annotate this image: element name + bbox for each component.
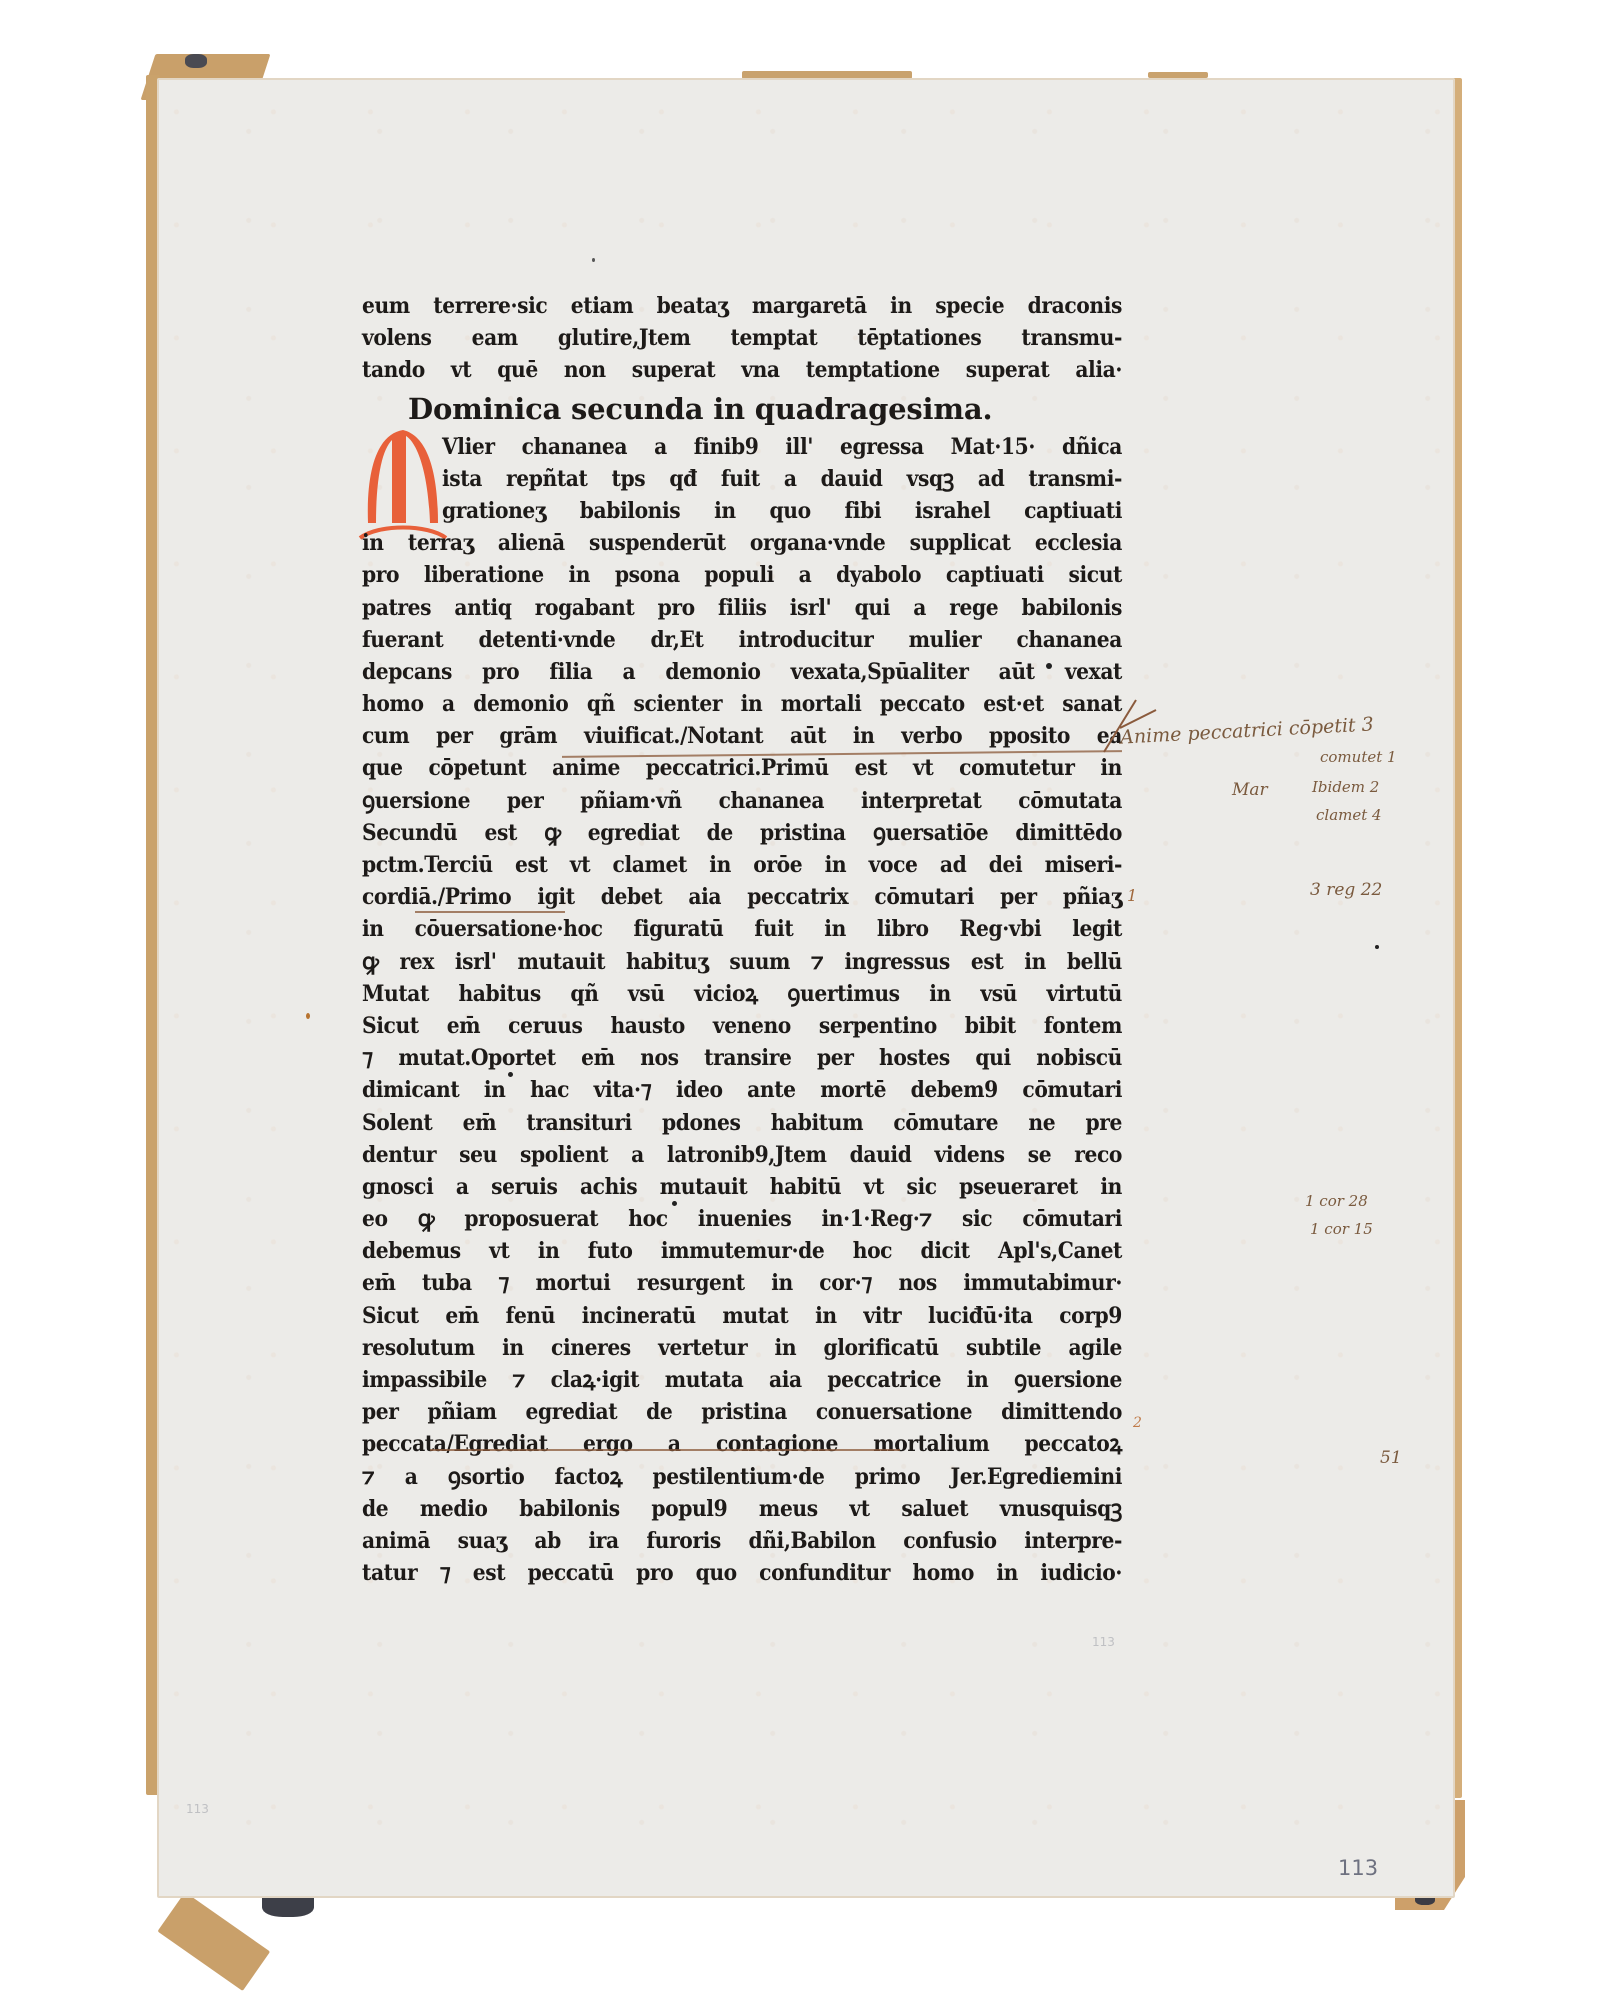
- text-line: Vlier chananea a finib9 ill' egressa Mat…: [362, 431, 1122, 463]
- text-line: animā suaʒ ab ira furoris dñi,Babilon co…: [362, 1525, 1122, 1557]
- text-line: grationeʒ babilonis in quo fibi israhel …: [362, 495, 1122, 527]
- text-line: Mutat habitus qñ vsū vicioꝝ ꝯuertimus in…: [362, 978, 1122, 1010]
- text-line: pctm.Terciū est vt clamet in orōe in voc…: [362, 849, 1122, 881]
- text-line: em̄ tuba ⁊ mortui resurgent in cor·⁊ nos…: [362, 1267, 1122, 1299]
- mount-corner-tab-bottom-left: [157, 1892, 270, 1991]
- text-line: eum terrere·sic etiam beataʒ margaretā i…: [362, 290, 1122, 322]
- text-line: que cōpetunt anime peccatrici.Primū est …: [362, 752, 1122, 784]
- paper-speck: [306, 1013, 310, 1019]
- marginal-note: comutet 1: [1320, 748, 1397, 766]
- text-line: in cōuersatione·hoc figuratū fuit in lib…: [362, 913, 1122, 945]
- text-line: gnosci a seruis achis mutauit habitū vt …: [362, 1171, 1122, 1203]
- text-line: in terraʒ alienā suspenderūt organa·vnde…: [362, 527, 1122, 559]
- text-line: fuerant detenti·vnde dr,Et introducitur …: [362, 624, 1122, 656]
- text-line: tando vt quē non superat vna temptatione…: [362, 354, 1122, 386]
- text-line: ista repñtat tps qđ fuit a dauid vsqꝫ ad…: [362, 463, 1122, 495]
- text-line: Secundū est ꝙ egrediat de pristina ꝯuers…: [362, 817, 1122, 849]
- marginal-note: Mar: [1232, 780, 1268, 800]
- ink-dot: [1375, 945, 1379, 949]
- marginal-reference: 1 cor 15: [1310, 1220, 1373, 1238]
- ink-dot: [508, 1072, 513, 1077]
- ink-underline: [415, 911, 565, 913]
- text-line: dimicant in hac vita·⁊ ideo ante mortē d…: [362, 1074, 1122, 1106]
- marginal-note: clamet 4: [1316, 806, 1382, 824]
- marginal-reference: 3 reg 22: [1310, 880, 1382, 900]
- text-line: volens eam glutire,Jtem temptat tēptatio…: [362, 322, 1122, 354]
- text-line: Sicut em̄ ceruus hausto veneno serpentin…: [362, 1010, 1122, 1042]
- text-line: resolutum in cineres vertetur in glorifi…: [362, 1332, 1122, 1364]
- mount-stain: [185, 54, 207, 68]
- text-line: depcans pro filia a demonio vexata,Spūal…: [362, 656, 1122, 688]
- text-line: pro liberatione in psona populi a dyabol…: [362, 559, 1122, 591]
- text-line: impassibile ⁊ claꝝ·igit mutata aia pecca…: [362, 1364, 1122, 1396]
- folio-number: 113: [1338, 1856, 1378, 1880]
- marginal-number: 51: [1380, 1448, 1402, 1468]
- faint-pencil-number: 113: [186, 1802, 209, 1816]
- marginal-note: Ibidem 2: [1312, 778, 1379, 796]
- text-line: de medio babilonis popul9 meus vt saluet…: [362, 1493, 1122, 1525]
- text-line: eo ꝙ proposuerat hoc inuenies in·1·Reg·⁊…: [362, 1203, 1122, 1235]
- text-line: cum per grām viuificat./Notant aūt in ve…: [362, 720, 1122, 752]
- text-line: ⁊ a ꝯsortio factoꝝ pestilentium·de primo…: [362, 1461, 1122, 1493]
- text-line: dentur seu spolient a latronib9,Jtem dau…: [362, 1139, 1122, 1171]
- marginal-reference: 1 cor 28: [1305, 1192, 1368, 1210]
- text-line: ꝙ rex isrl' mutauit habituʒ suum ⁊ ingre…: [362, 946, 1122, 978]
- printed-text-block: eum terrere·sic etiam beataʒ margaretā i…: [362, 290, 1122, 1589]
- text-line: Solent em̄ transituri pdones habitum cōm…: [362, 1107, 1122, 1139]
- ink-dot: [672, 1201, 677, 1206]
- text-line: homo a demonio qñ scienter in mortali pe…: [362, 688, 1122, 720]
- ink-dot: [1046, 663, 1052, 669]
- marginal-mark: 2: [1133, 1415, 1142, 1431]
- text-line: per pñiam egrediat de pristina conuersat…: [362, 1396, 1122, 1428]
- section-heading: Dominica secunda in quadragesima.: [362, 387, 1122, 431]
- text-line: Sicut em̄ fenū incineratū mutat in vitr …: [362, 1300, 1122, 1332]
- paper-speck: [592, 258, 595, 262]
- ink-underline: [430, 1449, 900, 1451]
- text-line: cordiā./Primo igit debet aia peccatrix c…: [362, 881, 1122, 913]
- text-line: tatur ⁊ est peccatū pro quo confunditur …: [362, 1557, 1122, 1589]
- text-line: debemus vt in futo immutemur·de hoc dici…: [362, 1235, 1122, 1267]
- text-line: patres antiq rogabant pro filiis isrl' q…: [362, 592, 1122, 624]
- marginal-mark: 1: [1127, 886, 1137, 905]
- text-line: ⁊ mutat.Oportet em̄ nos transire per hos…: [362, 1042, 1122, 1074]
- faint-pencil-number: 113: [1092, 1635, 1115, 1649]
- text-line: peccata/Egrediat ergo a contagione morta…: [362, 1428, 1122, 1460]
- text-line: ꝯuersione per pñiam·vñ chananea interpre…: [362, 785, 1122, 817]
